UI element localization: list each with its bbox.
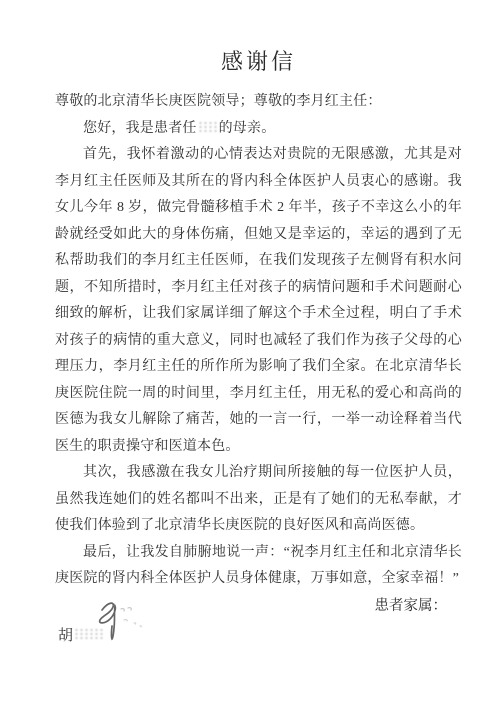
intro-text-after: 的母亲。 [219,121,276,136]
handwritten-signature-icon [88,596,150,642]
paragraph-second: 其次，我感激在我女儿治疗期间所接触的每一位医护人员，虽然我连她们的姓名都叫不出来… [55,460,462,540]
intro-text-before: 您好，我是患者任 [83,121,197,136]
intro-paragraph: 您好，我是患者任的母亲。 [55,116,462,143]
signer-surname: 胡 [58,628,73,644]
paragraph-first: 首先，我怀着激动的心情表达对贵院的无限感激，尤其是对李月红主任医师及其所在的肾内… [55,142,462,460]
salutation-line: 尊敬的北京清华长庚医院领导；尊敬的李月红主任： [55,89,462,116]
paragraph-third: 最后，让我发自肺腑地说一声：“祝李月红主任和北京清华长庚医院的肾内科全体医护人员… [55,540,462,593]
letter-page: 感谢信 尊敬的北京清华长庚医院领导；尊敬的李月红主任： 您好，我是患者任的母亲。… [0,0,500,707]
letter-body: 尊敬的北京清华长庚医院领导；尊敬的李月红主任： 您好，我是患者任的母亲。 首先，… [55,89,462,593]
letter-title: 感谢信 [55,48,462,76]
redacted-patient-name [198,121,218,132]
